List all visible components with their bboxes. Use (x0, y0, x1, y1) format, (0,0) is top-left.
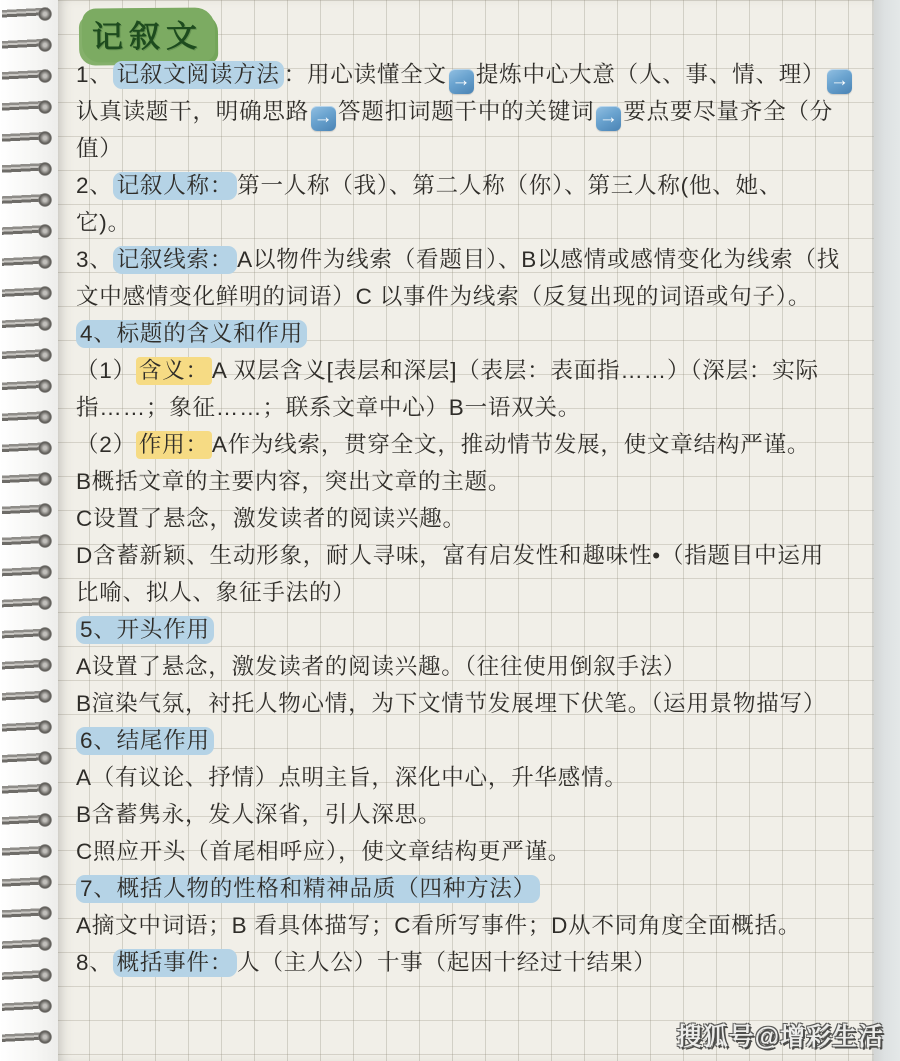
arrow-right-icon: → (827, 69, 852, 94)
text-run: A作为线索，贯穿全文，推动情节发展，使文章结构严谨。 (212, 432, 810, 457)
note-line: 4、标题的含义和作用 (76, 315, 868, 352)
highlight-blue: 记叙人称： (113, 172, 238, 200)
arrow-right-icon: → (311, 106, 336, 131)
text-run: 1、 (76, 62, 113, 87)
spiral-knobs (34, 0, 58, 1061)
text-run: ：用心读懂全文 (284, 62, 447, 87)
page-title: 记叙文 (82, 7, 215, 62)
note-line: 文中感情变化鲜明的词语）C 以事件为线索（反复出现的词语或句子）。 (76, 278, 868, 315)
text-run: 它)。 (76, 210, 131, 235)
text-run: A（有议论、抒情）点明主旨，深化中心，升华感情。 (76, 765, 628, 790)
page-right-edge (872, 0, 900, 1061)
text-run: C照应开头（首尾相呼应），使文章结构更严谨。 (76, 839, 571, 864)
text-run: 人（主人公）十事（起因十经过十结果） (237, 950, 656, 975)
note-line: 指……；象征……；联系文章中心）B一语双关。 (76, 389, 868, 426)
text-run: 2、 (76, 173, 113, 198)
note-line: B含蓄隽永，发人深省，引人深思。 (76, 796, 868, 833)
note-line: 2、记叙人称：第一人称（我）、第二人称（你）、第三人称(他、她、 (76, 167, 868, 204)
text-run: A设置了悬念，激发读者的阅读兴趣。（往往使用倒叙手法） (76, 654, 686, 679)
highlight-yellow: 含义： (136, 357, 212, 385)
text-run: 答题扣词题干中的关键词 (338, 99, 594, 124)
highlight-blue: 7、概括人物的性格和精神品质（四种方法） (76, 875, 540, 903)
arrow-right-icon: → (596, 106, 621, 131)
watermark: 搜狐号@增彩生活 (677, 1017, 884, 1053)
note-line: A（有议论、抒情）点明主旨，深化中心，升华感情。 (76, 759, 868, 796)
text-run: 提炼中心大意（人、事、情、理） (476, 62, 826, 87)
note-line: C照应开头（首尾相呼应），使文章结构更严谨。 (76, 833, 868, 870)
arrow-right-icon: → (449, 69, 474, 94)
text-run: B概括文章的主要内容，突出文章的主题。 (76, 469, 511, 494)
note-line: B概括文章的主要内容，突出文章的主题。 (76, 463, 868, 500)
note-line: 3、记叙线索：A以物件为线索（看题目）、B以感情或感情变化为线索（找 (76, 241, 868, 278)
note-lines: 1、记叙文阅读方法：用心读懂全文→提炼中心大意（人、事、情、理）→认真读题干，明… (76, 56, 868, 981)
text-run: 值） (76, 136, 123, 161)
note-line: 8、概括事件：人（主人公）十事（起因十经过十结果） (76, 944, 868, 981)
note-line: A设置了悬念，激发读者的阅读兴趣。（往往使用倒叙手法） (76, 648, 868, 685)
note-line: A摘文中词语；B 看具体描写；C看所写事件；D从不同角度全面概括。 (76, 907, 868, 944)
text-run: 要点要尽量齐全（分 (623, 99, 833, 124)
text-run: A 双层含义[表层和深层]（表层：表面指……）（深层：实际 (212, 358, 819, 383)
note-line: D含蓄新颖、生动形象，耐人寻味，富有启发性和趣味性•（指题目中运用 (76, 537, 868, 574)
note-line: C设置了悬念，激发读者的阅读兴趣。 (76, 500, 868, 537)
note-line: B渲染气氛，衬托人物心情，为下文情节发展埋下伏笔。（运用景物描写） (76, 685, 868, 722)
note-line: 5、开头作用 (76, 611, 868, 648)
text-run: A摘文中词语；B 看具体描写；C看所写事件；D从不同角度全面概括。 (76, 913, 801, 938)
note-line: 1、记叙文阅读方法：用心读懂全文→提炼中心大意（人、事、情、理）→ (76, 56, 868, 93)
text-run: 指……；象征……；联系文章中心）B一语双关。 (76, 395, 581, 420)
highlight-blue: 记叙线索： (113, 246, 238, 274)
text-run: B含蓄隽永，发人深省，引人深思。 (76, 802, 441, 827)
text-run: （1） (76, 358, 136, 383)
text-run: 文中感情变化鲜明的词语）C 以事件为线索（反复出现的词语或句子）。 (76, 284, 811, 309)
text-run: （2） (76, 432, 136, 457)
text-run: 认真读题干，明确思路 (76, 99, 309, 124)
note-line: 认真读题干，明确思路→答题扣词题干中的关键词→要点要尽量齐全（分 (76, 93, 868, 130)
note-line: 值） (76, 130, 868, 167)
note-line: （2）作用：A作为线索，贯穿全文，推动情节发展，使文章结构严谨。 (76, 426, 868, 463)
note-line: 比喻、拟人、象征手法的） (76, 574, 868, 611)
text-run: A以物件为线索（看题目）、B以感情或感情变化为线索（找 (237, 247, 840, 272)
highlight-blue: 4、标题的含义和作用 (76, 320, 307, 348)
note-line: 它)。 (76, 204, 868, 241)
text-run: D含蓄新颖、生动形象，耐人寻味，富有启发性和趣味性•（指题目中运用 (76, 543, 824, 568)
notebook-page: 记叙文 1、记叙文阅读方法：用心读懂全文→提炼中心大意（人、事、情、理）→认真读… (56, 0, 874, 1061)
text-run: 第一人称（我）、第二人称（你）、第三人称(他、她、 (237, 173, 782, 198)
text-run: C设置了悬念，激发读者的阅读兴趣。 (76, 506, 466, 531)
spiral-binding (0, 0, 58, 1061)
text-run: 比喻、拟人、象征手法的） (76, 580, 356, 605)
text-run: B渲染气氛，衬托人物心情，为下文情节发展埋下伏笔。（运用景物描写） (76, 691, 826, 716)
note-line: （1）含义：A 双层含义[表层和深层]（表层：表面指……）（深层：实际 (76, 352, 868, 389)
highlight-blue: 5、开头作用 (76, 616, 214, 644)
highlight-blue: 记叙文阅读方法 (113, 61, 284, 89)
highlight-yellow: 作用： (136, 431, 212, 459)
note-line: 7、概括人物的性格和精神品质（四种方法） (76, 870, 868, 907)
text-run: 3、 (76, 247, 113, 272)
highlight-blue: 概括事件： (113, 949, 238, 977)
highlight-blue: 6、结尾作用 (76, 727, 214, 755)
note-line: 6、结尾作用 (76, 722, 868, 759)
text-run: 8、 (76, 950, 113, 975)
